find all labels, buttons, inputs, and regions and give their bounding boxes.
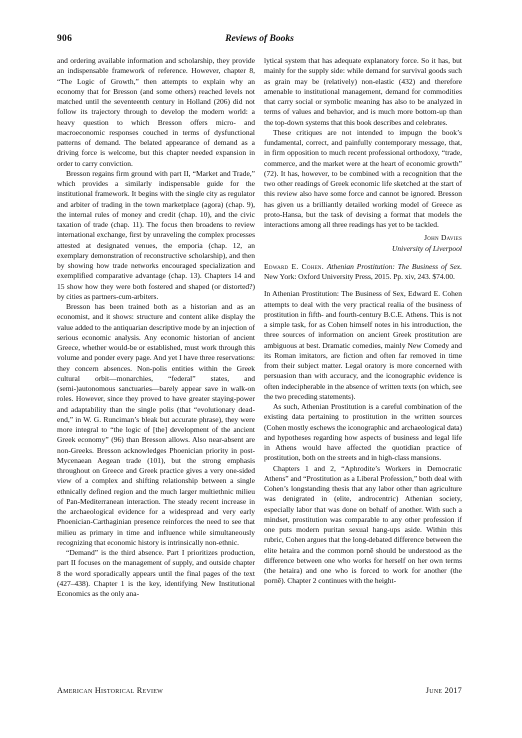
review-text-columns: and ordering available information and s…	[57, 56, 462, 676]
cohen-paragraph-intro: In Athenian Prostitution: The Business o…	[264, 289, 462, 402]
footer-journal-title: American Historical Review	[57, 686, 163, 695]
reviewer-affiliation: University of Liverpool	[264, 244, 462, 254]
davies-paragraph-reservations: Bresson has been trained both as a histo…	[57, 302, 255, 548]
davies-paragraph-demand-continued: lytical system that has adequate explana…	[264, 56, 462, 128]
right-column: lytical system that has adequate explana…	[264, 56, 462, 676]
running-title: Reviews of Books	[57, 34, 462, 44]
left-column: and ordering available information and s…	[57, 56, 255, 676]
journal-page: 906 Reviews of Books and ordering availa…	[0, 0, 522, 738]
reviewer-attribution: John Davies University of Liverpool	[264, 233, 462, 254]
page-footer: American Historical Review June 2017	[57, 686, 462, 695]
davies-paragraph-critiques: These critiques are not intended to impu…	[264, 128, 462, 231]
citation-author: Edward E. Cohen.	[264, 262, 324, 271]
cohen-paragraph-as-such: As such, Athenian Prostitution is a care…	[264, 402, 462, 464]
davies-paragraph-continued: and ordering available information and s…	[57, 56, 255, 169]
cohen-paragraph-chapters: Chapters 1 and 2, “Aphrodite’s Workers i…	[264, 464, 462, 587]
footer-issue-date: June 2017	[426, 686, 462, 695]
davies-paragraph-market-trade: Bresson regains firm ground with part II…	[57, 169, 255, 302]
citation-title: Athenian Prostitution: The Business of S…	[327, 262, 462, 271]
citation-imprint: New York: Oxford University Press, 2015.…	[264, 272, 455, 281]
running-head: 906 Reviews of Books	[57, 34, 462, 47]
book-citation: Edward E. Cohen. Athenian Prostitution: …	[264, 262, 462, 283]
davies-paragraph-demand: “Demand” is the third absence. Part I pr…	[57, 548, 255, 599]
reviewer-name: John Davies	[264, 233, 462, 243]
